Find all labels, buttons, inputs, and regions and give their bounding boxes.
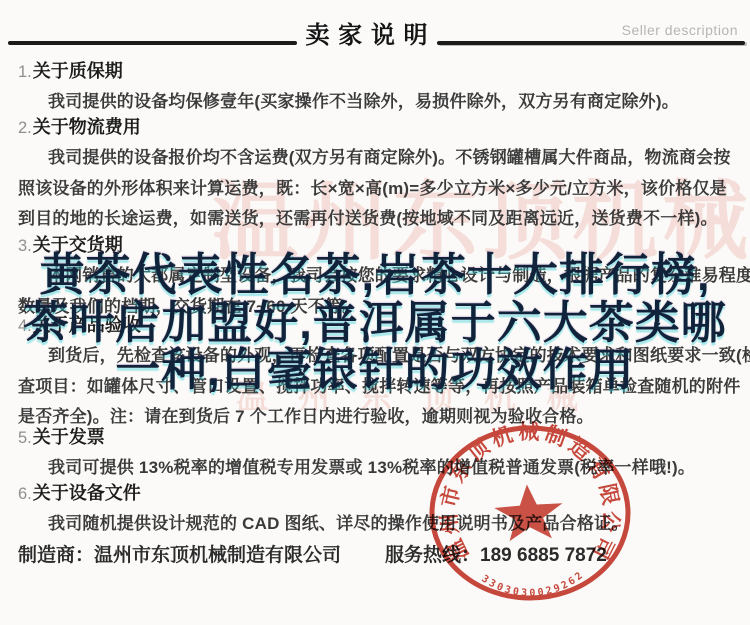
section-body: 我司随机提供设计规范的 CAD 图纸、详尽的操作使用说明书及产品合格证。 [18, 509, 742, 540]
section-body-line: 到目的地的长途运费，如需送货，还需再付送货费(按地域不同及距离远近，送货费不一样… [18, 204, 742, 235]
section-number: 4. [18, 317, 32, 335]
section-heading: 5.关于发票 [18, 423, 742, 453]
section-number: 6. [18, 485, 32, 503]
section-number: 5. [18, 429, 32, 447]
section-body-line: 照该设备的外形体积来计算运费，既：长×宽×高(m)=多少立方米×多少元/立方米，… [18, 174, 742, 205]
section-title-text: 关于产品验收 [33, 315, 141, 335]
section-body-line: 到货后，先检查该设备的外观，再检查各项配置是否与双方协定的技术要求和图纸要求一致… [18, 341, 742, 372]
section-title-text: 关于设备文件 [33, 483, 141, 503]
section: 2.关于物流费用 我司提供的设备报价均不含运费(双方另有商定除外)。不锈钢罐槽属… [18, 113, 742, 235]
section-heading: 2.关于物流费用 [18, 113, 742, 143]
section-body-line: 查项目：如罐体尺寸、管口设置、搅拌功率、搅拌转速等等，再按照产品装箱单检查随机的… [18, 372, 742, 403]
seller-description-page: 卖 家 说 明 Seller description 温州东顶机械 温州东顶机械… [0, 0, 750, 625]
section: 1.关于质保期 我司提供的设备均保修壹年(买家操作不当除外，易损件除外，双方另有… [18, 57, 742, 118]
section-heading: 1.关于质保期 [18, 57, 742, 87]
section-number: 2. [18, 119, 32, 137]
section-heading: 4.关于产品验收 [18, 311, 742, 341]
section: 5.关于发票 我司可提供 13%税率的增值税专用发票或 13%税率的增值税普通发… [18, 423, 742, 484]
section: 6.关于设备文件 我司随机提供设计规范的 CAD 图纸、详尽的操作使用说明书及产… [18, 479, 742, 540]
section-title-text: 关于交货期 [33, 235, 123, 255]
section-heading: 3.关于交货期 [18, 231, 742, 261]
star-icon [493, 482, 565, 542]
sections: 1.关于质保期 我司提供的设备均保修壹年(买家操作不当除外，易损件除外，双方另有… [0, 0, 750, 625]
section-body-line: 本网销售的大都属定制型设备，我司会按您的要求精心设计与制造，根据产品的复杂难易程… [18, 261, 742, 292]
section: 3.关于交货期 本网销售的大都属定制型设备，我司会按您的要求精心设计与制造，根据… [18, 231, 742, 322]
section-title-text: 关于质保期 [33, 61, 123, 81]
section-number: 1. [18, 63, 32, 81]
section-number: 3. [18, 237, 32, 255]
manufacturer-label: 制造商： [18, 545, 94, 566]
section: 4.关于产品验收 到货后，先检查该设备的外观，再检查各项配置是否与双方协定的技术… [18, 311, 742, 433]
section-body-line: 我司随机提供设计规范的 CAD 图纸、详尽的操作使用说明书及产品合格证。 [18, 509, 742, 540]
section-body-line: 我司提供的设备报价均不含运费(双方另有商定除外)。不锈钢罐槽属大件商品，物流商会… [18, 143, 742, 174]
section-body: 我司提供的设备报价均不含运费(双方另有商定除外)。不锈钢罐槽属大件商品，物流商会… [18, 143, 742, 235]
section-heading: 6.关于设备文件 [18, 479, 742, 509]
manufacturer-name: 温州市东顶机械制造有限公司 [94, 545, 341, 566]
section-body: 到货后，先检查该设备的外观，再检查各项配置是否与双方协定的技术要求和图纸要求一致… [18, 341, 742, 433]
company-seal: 温州市东顶机械制造有限公司 3303030029262 [428, 420, 632, 620]
section-title-text: 关于物流费用 [33, 117, 141, 137]
section-title-text: 关于发票 [33, 427, 105, 447]
